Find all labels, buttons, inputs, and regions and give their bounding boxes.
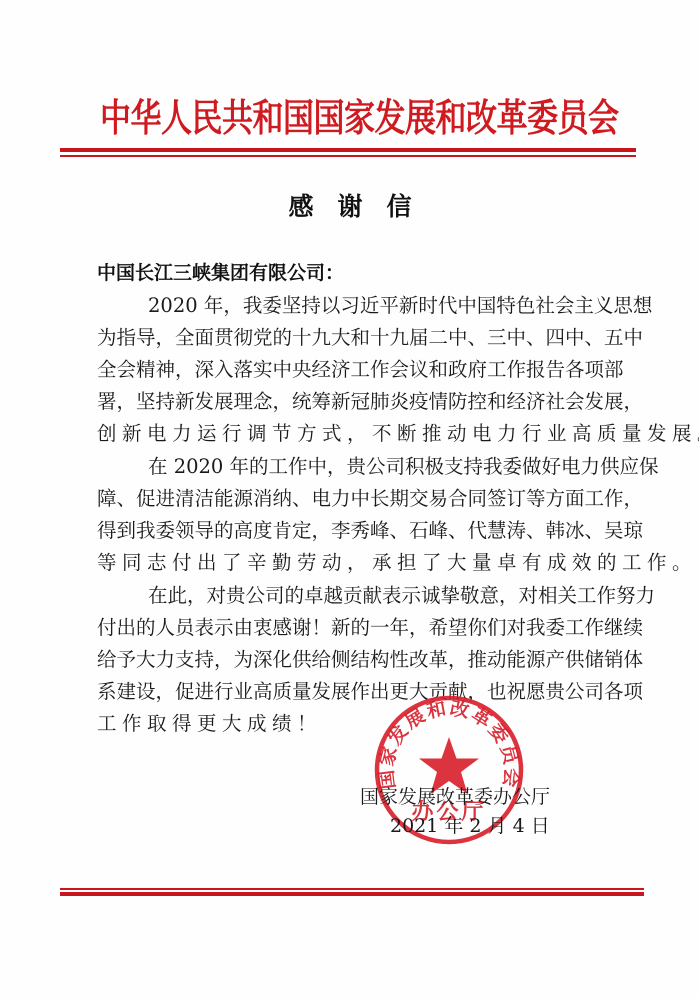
paragraph-line: 障、促进清洁能源消纳、电力中长期交易合同签订等方面工作， (97, 484, 599, 514)
paragraph-line: 2020 年，我委坚持以习近平新时代中国特色社会主义思想 (148, 291, 599, 321)
paragraph-line: 全会精神，深入落实中央经济工作会议和政府工作报告各项部 (97, 355, 599, 385)
paragraph-line: 在 2020 年的工作中，贵公司积极支持我委做好电力供应保 (148, 452, 599, 482)
signature: 国家发展改革委办公厅 (360, 783, 548, 811)
paragraph-line: 得到我委领导的高度肯定，李秀峰、石峰、代慧涛、韩冰、吴琼 (97, 516, 599, 546)
paragraph-line: 付出的人员表示由衷感谢！新的一年，希望你们对我委工作继续 (97, 613, 599, 643)
letterhead-rule-thick (60, 148, 636, 152)
footer-rule-thin (60, 888, 644, 890)
date: 2021 年 2 月 4 日 (390, 812, 524, 840)
paragraph-line: 等同志付出了辛勤劳动，承担了大量卓有成效的工作。 (97, 548, 599, 578)
paragraph-line: 为指导，全面贯彻党的十九大和十九届二中、三中、四中、五中 (97, 323, 599, 353)
letter-page: 中华人民共和国国家发展和改革委员会 感谢信 中国长江三峡集团有限公司： 2020… (0, 0, 699, 998)
letterhead-rule-thin (60, 155, 636, 157)
footer-rule-thick (60, 892, 644, 896)
letterhead-organization: 中华人民共和国国家发展和改革委员会 (100, 91, 600, 147)
paragraph-line: 署，坚持新发展理念，统筹新冠肺炎疫情防控和经济社会发展， (97, 387, 599, 417)
document-title: 感谢信 (250, 190, 450, 224)
paragraph-line: 创新电力运行调节方式，不断推动电力行业高质量发展。 (97, 419, 599, 449)
paragraph-line: 给予大力支持，为深化供给侧结构性改革，推动能源产供储销体 (97, 645, 599, 675)
salutation: 中国长江三峡集团有限公司： (97, 259, 344, 287)
paragraph-line: 在此，对贵公司的卓越贡献表示诚挚敬意，对相关工作努力 (148, 581, 599, 611)
